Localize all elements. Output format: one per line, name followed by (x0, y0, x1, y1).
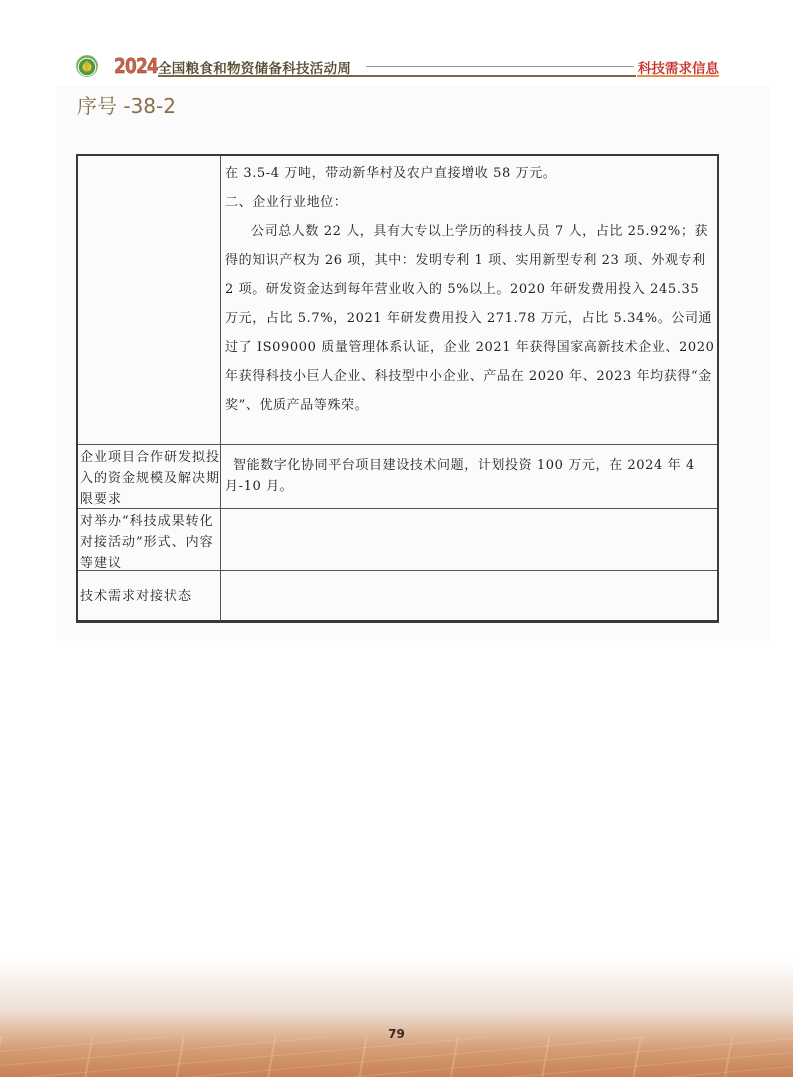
row-label: 技术需求对接状态 (78, 571, 221, 621)
header-divider (366, 66, 634, 67)
requirement-table: 在 3.5-4 万吨，带动新华村及农户直接增收 58 万元。 二、企业行业地位：… (76, 154, 719, 623)
table-row: 在 3.5-4 万吨，带动新华村及农户直接增收 58 万元。 二、企业行业地位：… (78, 156, 717, 445)
footer-farmland-background (0, 958, 793, 1077)
grain-emblem-icon (76, 55, 98, 77)
page-number: 79 (0, 1027, 793, 1041)
row-content: 在 3.5-4 万吨，带动新华村及农户直接增收 58 万元。 二、企业行业地位：… (222, 156, 717, 444)
row-content-empty (222, 509, 717, 570)
serial-number: 序号 -38-2 (77, 90, 176, 119)
table-row: 技术需求对接状态 (78, 571, 717, 621)
event-title: 全国粮食和物资储备科技活动周 (158, 57, 351, 77)
row-label (78, 156, 221, 444)
table-row: 企业项目合作研发拟投入的资金规模及解决期限要求 智能数字化协同平台项目建设技术问… (78, 445, 717, 509)
row-label: 企业项目合作研发拟投入的资金规模及解决期限要求 (78, 445, 221, 508)
header-year: 2024 (114, 54, 158, 78)
section-underline (637, 75, 719, 77)
content-heading: 二、企业行业地位： (225, 188, 715, 217)
page-header: 2024 全国粮食和物资储备科技活动周 科技需求信息 (76, 52, 719, 78)
wheat-icon (85, 61, 89, 71)
content-paragraph: 智能数字化协同平台项目建设技术问题，计划投资 100 万元，在 2024 年 4… (225, 445, 715, 497)
content-paragraph: 公司总人数 22 人，具有大专以上学历的科技人员 7 人，占比 25.92%；获… (225, 217, 715, 420)
row-content: 智能数字化协同平台项目建设技术问题，计划投资 100 万元，在 2024 年 4… (222, 445, 717, 508)
field-texture (0, 1037, 793, 1077)
content-paragraph: 在 3.5-4 万吨，带动新华村及农户直接增收 58 万元。 (225, 159, 715, 188)
header-underline (158, 75, 636, 77)
row-label: 对举办“科技成果转化对接活动”形式、内容等建议 (78, 509, 221, 570)
table-row: 对举办“科技成果转化对接活动”形式、内容等建议 (78, 509, 717, 571)
section-label: 科技需求信息 (638, 57, 719, 77)
row-content-empty (222, 571, 717, 621)
